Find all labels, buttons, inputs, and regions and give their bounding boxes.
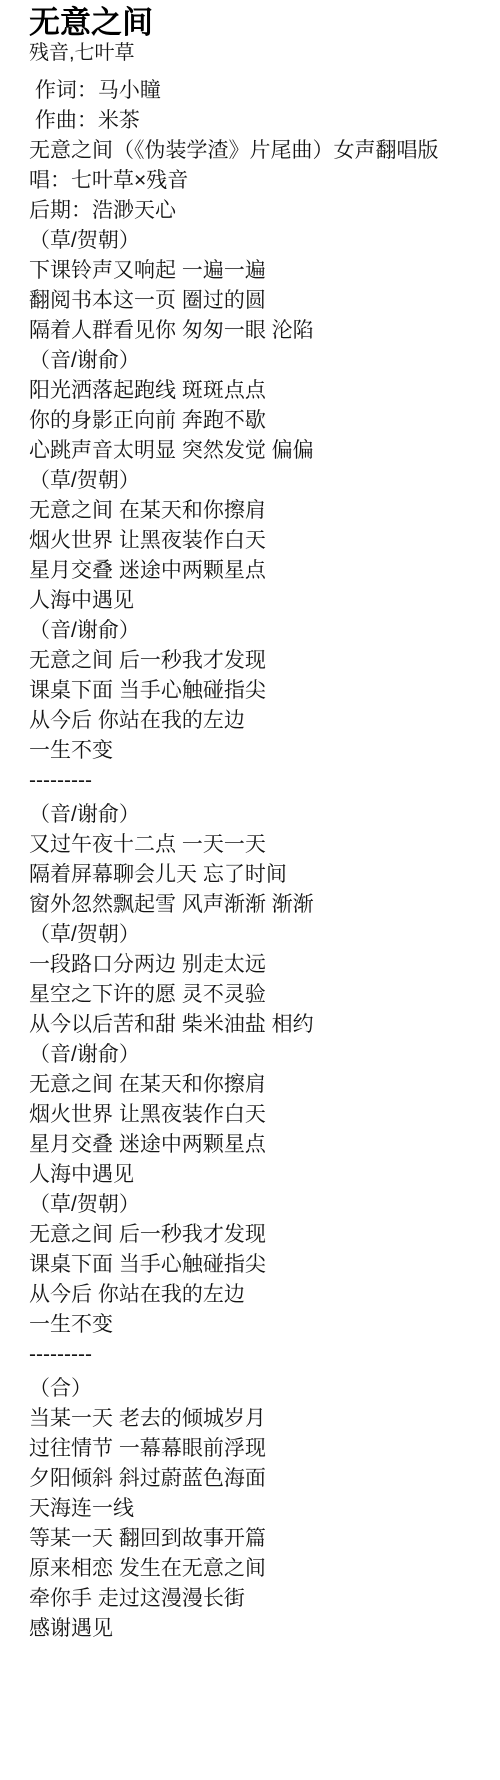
lyric-line: 下课铃声又响起 一遍一遍 <box>29 256 500 286</box>
lyric-line: 从今后 你站在我的左边 <box>29 706 500 736</box>
lyric-line: 一段路口分两边 别走太远 <box>29 950 500 980</box>
lyric-line: 作词：马小瞳 <box>29 76 500 106</box>
lyric-line: （草/贺朝） <box>29 466 500 496</box>
lyric-line: --------- <box>29 766 500 796</box>
lyrics-block: 作词：马小瞳 作曲：米茶无意之间（《伪装学渣》片尾曲）女声翻唱版唱：七叶草×残音… <box>29 76 500 796</box>
lyric-line: （草/贺朝） <box>29 920 500 950</box>
lyric-line: 窗外忽然飘起雪 风声渐渐 渐渐 <box>29 890 500 920</box>
lyric-line: 后期：浩渺天心 <box>29 196 500 226</box>
lyric-line: （音/谢俞） <box>29 346 500 376</box>
lyric-line: 夕阳倾斜 斜过蔚蓝色海面 <box>29 1464 500 1494</box>
lyric-line: 无意之间 后一秒我才发现 <box>29 1220 500 1250</box>
lyric-line: 课桌下面 当手心触碰指尖 <box>29 676 500 706</box>
lyrics: 作词：马小瞳 作曲：米茶无意之间（《伪装学渣》片尾曲）女声翻唱版唱：七叶草×残音… <box>29 76 500 1644</box>
lyric-line: 无意之间 在某天和你擦肩 <box>29 496 500 526</box>
lyrics-block: （音/谢俞）又过午夜十二点 一天一天隔着屏幕聊会儿天 忘了时间窗外忽然飘起雪 风… <box>29 800 500 1370</box>
lyric-line: 无意之间 后一秒我才发现 <box>29 646 500 676</box>
lyric-line: 人海中遇见 <box>29 586 500 616</box>
lyric-line: 隔着屏幕聊会儿天 忘了时间 <box>29 860 500 890</box>
lyric-line: （音/谢俞） <box>29 1040 500 1070</box>
lyric-line: 星空之下许的愿 灵不灵验 <box>29 980 500 1010</box>
lyric-line: 唱：七叶草×残音 <box>29 166 500 196</box>
lyric-line: 星月交叠 迷途中两颗星点 <box>29 556 500 586</box>
lyric-line: 一生不变 <box>29 1310 500 1340</box>
lyrics-page: 无意之间 残音,七叶草 作词：马小瞳 作曲：米茶无意之间（《伪装学渣》片尾曲）女… <box>0 0 500 1644</box>
lyric-line: 过往情节 一幕幕眼前浮现 <box>29 1434 500 1464</box>
lyric-line: 作曲：米茶 <box>29 106 500 136</box>
lyric-line: 无意之间（《伪装学渣》片尾曲）女声翻唱版 <box>29 136 500 166</box>
lyric-line: 天海连一线 <box>29 1494 500 1524</box>
lyric-line: 原来相恋 发生在无意之间 <box>29 1554 500 1584</box>
lyric-line: 心跳声音太明显 突然发觉 偏偏 <box>29 436 500 466</box>
lyric-line: 你的身影正向前 奔跑不歇 <box>29 406 500 436</box>
lyric-line: （音/谢俞） <box>29 616 500 646</box>
lyric-line: （草/贺朝） <box>29 1190 500 1220</box>
lyric-line: 从今后 你站在我的左边 <box>29 1280 500 1310</box>
lyric-line: 翻阅书本这一页 圈过的圆 <box>29 286 500 316</box>
lyric-line: 烟火世界 让黑夜装作白天 <box>29 1100 500 1130</box>
lyric-line: 星月交叠 迷途中两颗星点 <box>29 1130 500 1160</box>
lyric-line: （音/谢俞） <box>29 800 500 830</box>
lyric-line: 一生不变 <box>29 736 500 766</box>
lyric-line: 等某一天 翻回到故事开篇 <box>29 1524 500 1554</box>
lyric-line: 人海中遇见 <box>29 1160 500 1190</box>
lyric-line: 课桌下面 当手心触碰指尖 <box>29 1250 500 1280</box>
song-title: 无意之间 <box>29 5 500 41</box>
lyric-line: 感谢遇见 <box>29 1614 500 1644</box>
lyric-line: 阳光洒落起跑线 斑斑点点 <box>29 376 500 406</box>
song-artists: 残音,七叶草 <box>29 41 500 65</box>
lyric-line: 从今以后苦和甜 柴米油盐 相约 <box>29 1010 500 1040</box>
lyrics-block: （合）当某一天 老去的倾城岁月过往情节 一幕幕眼前浮现夕阳倾斜 斜过蔚蓝色海面天… <box>29 1374 500 1644</box>
lyric-line: 当某一天 老去的倾城岁月 <box>29 1404 500 1434</box>
lyric-line: 又过午夜十二点 一天一天 <box>29 830 500 860</box>
lyric-line: 无意之间 在某天和你擦肩 <box>29 1070 500 1100</box>
lyric-line: 烟火世界 让黑夜装作白天 <box>29 526 500 556</box>
lyric-line: 隔着人群看见你 匆匆一眼 沦陷 <box>29 316 500 346</box>
lyric-line: （草/贺朝） <box>29 226 500 256</box>
lyric-line: --------- <box>29 1340 500 1370</box>
lyric-line: （合） <box>29 1374 500 1404</box>
lyric-line: 牵你手 走过这漫漫长街 <box>29 1584 500 1614</box>
